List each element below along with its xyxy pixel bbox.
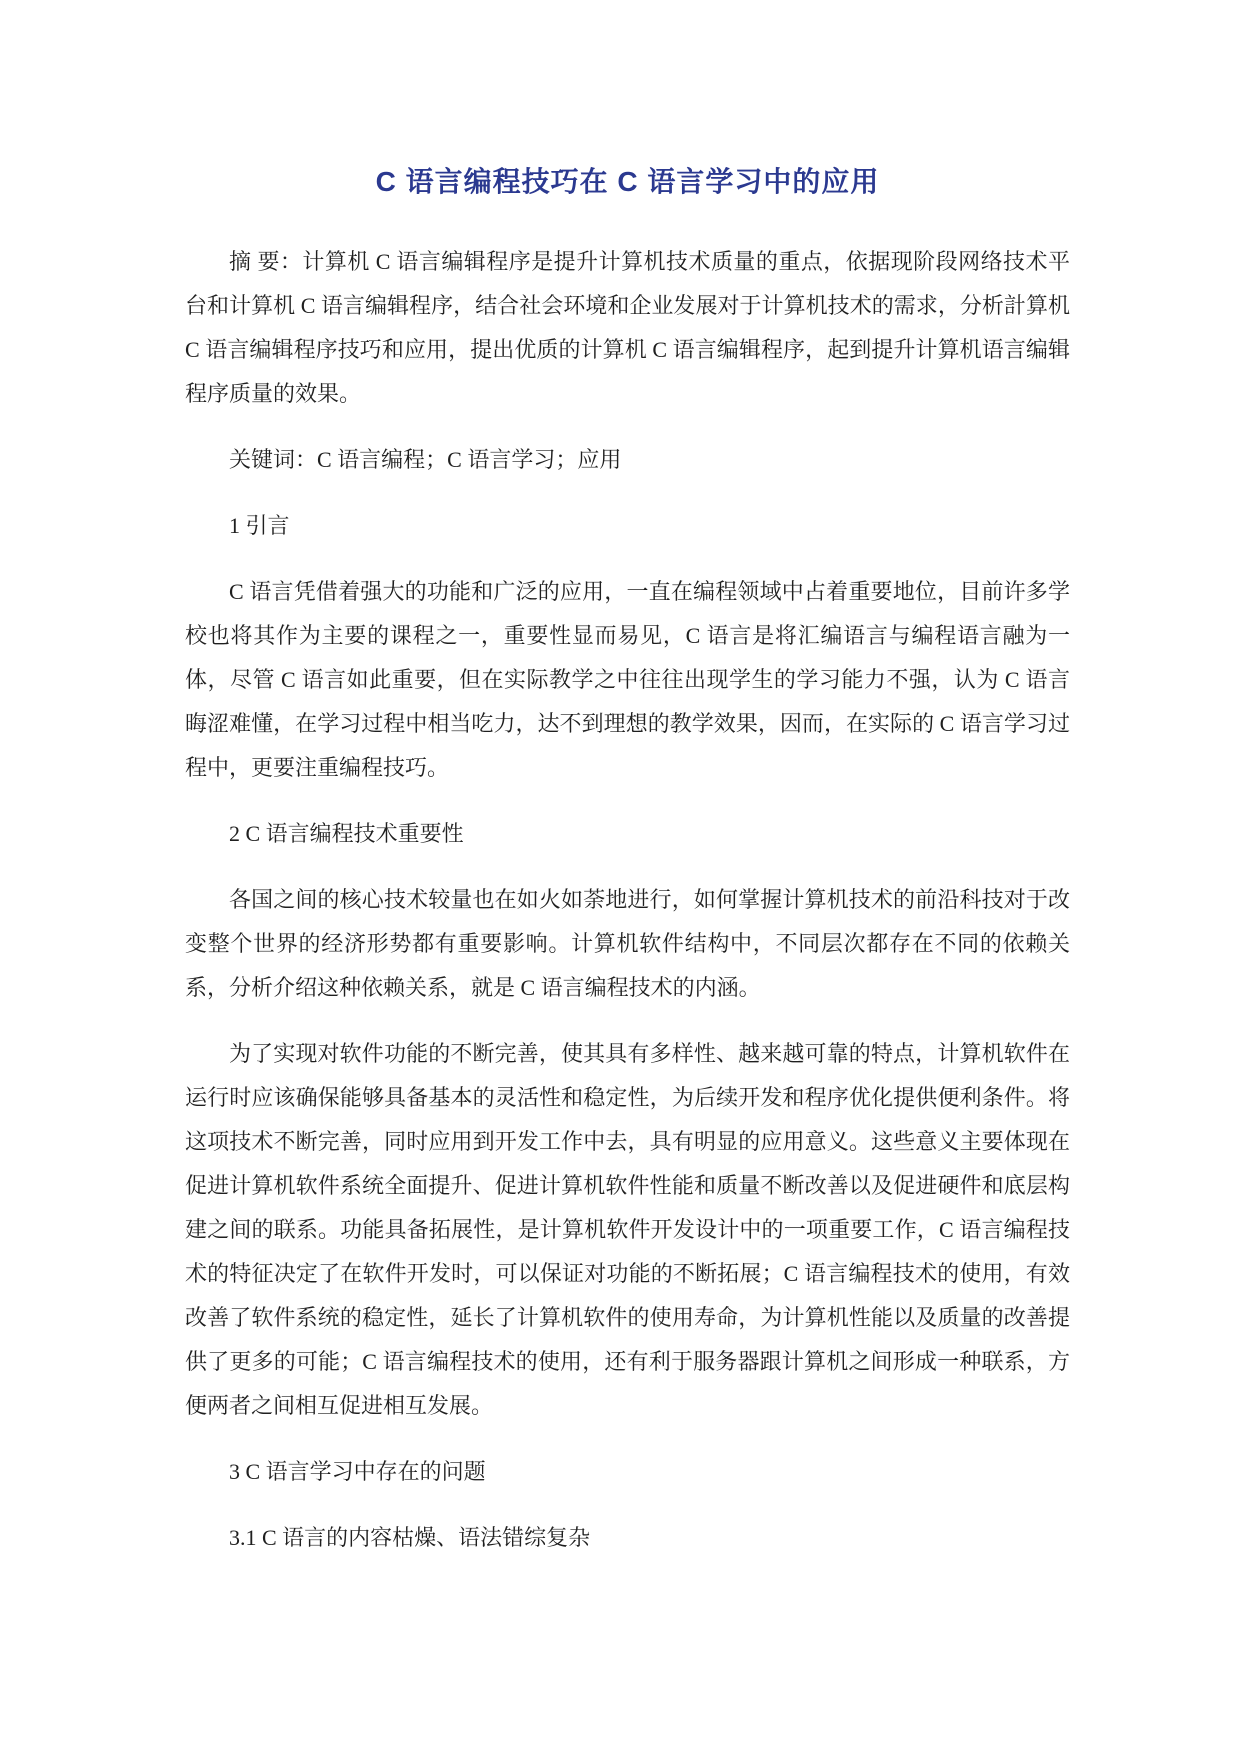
section-2-paragraph-1: 各国之间的核心技术较量也在如火如荼地进行，如何掌握计算机技术的前沿科技对于改变整… xyxy=(185,878,1070,1010)
document-content: C 语言编程技巧在 C 语言学习中的应用 摘 要：计算机 C 语言编辑程序是提升… xyxy=(0,0,1241,1560)
section-1-heading: 1 引言 xyxy=(185,504,1070,548)
abstract-paragraph: 摘 要：计算机 C 语言编辑程序是提升计算机技术质量的重点，依据现阶段网络技术平… xyxy=(185,240,1070,416)
section-2-heading: 2 C 语言编程技术重要性 xyxy=(185,812,1070,856)
document-title-text: C 语言编程技巧在 C 语言学习中的应用 xyxy=(376,166,880,197)
section-3-heading: 3 C 语言学习中存在的问题 xyxy=(185,1450,1070,1494)
section-3-1-heading: 3.1 C 语言的内容枯燥、语法错综复杂 xyxy=(185,1516,1070,1560)
section-1-paragraph: C 语言凭借着强大的功能和广泛的应用，一直在编程领域中占着重要地位，目前许多学校… xyxy=(185,570,1070,790)
keywords-line: 关键词：C 语言编程；C 语言学习；应用 xyxy=(185,438,1070,482)
document-title: C 语言编程技巧在 C 语言学习中的应用 xyxy=(185,160,1070,204)
section-2-paragraph-2: 为了实现对软件功能的不断完善，使其具有多样性、越来越可靠的特点，计算机软件在运行… xyxy=(185,1032,1070,1428)
document-page: C 语言编程技巧在 C 语言学习中的应用 摘 要：计算机 C 语言编辑程序是提升… xyxy=(0,0,1241,1755)
